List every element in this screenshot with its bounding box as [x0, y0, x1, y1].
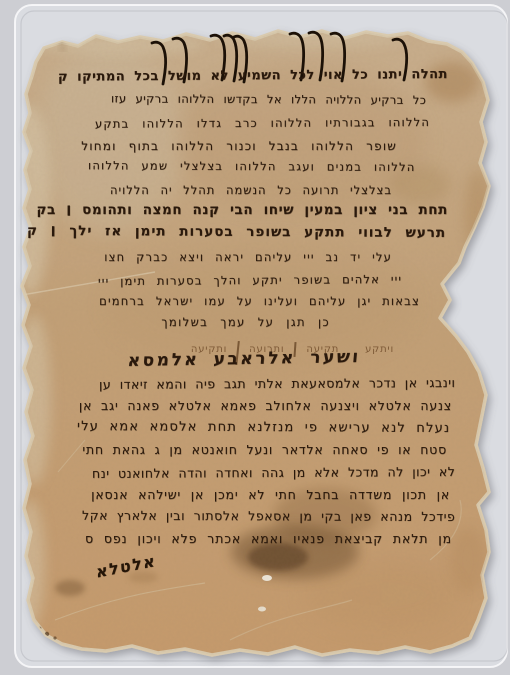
psalm-line-6: בצלצלי תרועה כל הנשמה תהלל יה הללויה — [110, 185, 392, 197]
piyyut-line-1: תחת בני ציון במעין שיחו הבי קנה חמצה ותה… — [37, 204, 448, 218]
piyyut-line-3: עלי יד נב ייי עליהם יראה ויצא כברק חצו — [104, 252, 392, 264]
psalm-line-2: כל ברקיע הללויה הללו אל בקדשו הללוהו ברק… — [111, 93, 426, 106]
arabic-line-7: פידכל מנהא פאן בקי מן אסאפל אלסתור ובין … — [82, 510, 455, 524]
arabic-line-2: צנעה אלטלא ויצנעה אלחולב פאמא אלטלא פאנה… — [79, 400, 452, 413]
piyyut-line-5: צבאות יגן עליהם ועלינו על עמו ישראל ברחמ… — [99, 296, 420, 308]
arabic-line-1: וינבגי אן נדכר אלמסאעאת אלתי תגב פיה והמ… — [99, 377, 455, 391]
arabic-line-5: לא יכון לה מדכל אלא מן גהה ואחדה והדה אל… — [92, 466, 455, 480]
arabic-line-8: מן תלאת קביצאת פנאיו ואמא אכתר פלא ויכון… — [85, 533, 452, 546]
arabic-line-6: אן תכון משדדה בחבל חתי לא ימכן אן ישילהא… — [91, 489, 450, 502]
arabic-line-4: סטח או פי סאחה אלדאר ונעל חואנטא מן ג גה… — [82, 444, 447, 457]
psalm-line-5: הללוהו במנים ועגב הללוהו בצלצלי שמע הללו… — [88, 160, 416, 173]
piyyut-line-2: תרעש לבווי תתקע בשופר בסערות תימן אז ילך… — [27, 225, 446, 241]
piyyut-line-6: כן תגן על עמך בשלומך — [161, 317, 330, 329]
chapter-heading: ושער אלראבע אלמסא — [126, 349, 360, 370]
piyyut-line-4: ייי אלהים בשופר יתקע והלך בסערות תימן יי… — [98, 274, 402, 288]
manuscript-photo: תהלה יתנו כל אוי לכל השמיע לא מושל בכל ה… — [0, 0, 510, 675]
psalm-line-3: הללוהו בגבורתיו הללוהו כרב גדלו הללוהו ב… — [95, 117, 430, 130]
psalm-line-1: תהלה יתנו כל אוי לכל השמיע לא מושל בכל ה… — [58, 68, 448, 84]
psalm-line-4: שופר הללוהו בנבל וכנור הללוהו בתוף ומחול — [81, 140, 397, 152]
rubric-word-vayitka: ויתקע — [365, 344, 394, 355]
arabic-line-3: נעלח לנא ערישא פי מנזלנא תחת אלסמא אמא ע… — [77, 420, 450, 435]
